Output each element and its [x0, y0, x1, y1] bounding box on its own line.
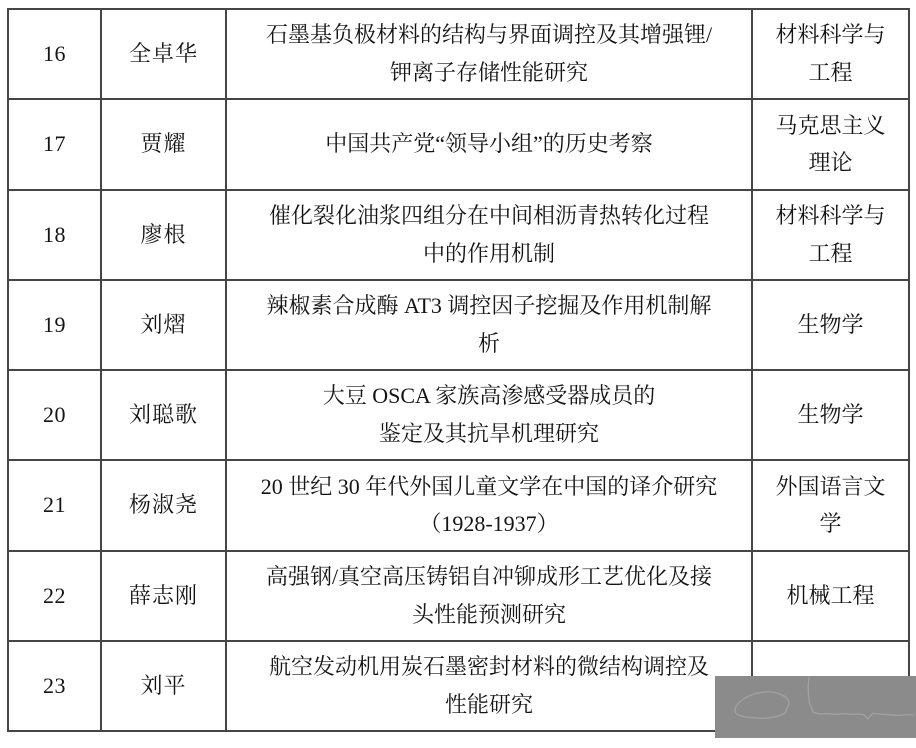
table-row: 19刘熠辣椒素合成酶 AT3 调控因子挖掘及作用机制解 析生物学 [8, 280, 909, 370]
thesis-title-cell: 高强钢/真空高压铸铝自冲铆成形工艺优化及接 头性能预测研究 [226, 551, 752, 641]
thesis-title-cell: 辣椒素合成酶 AT3 调控因子挖掘及作用机制解 析 [226, 280, 752, 370]
thesis-title-cell: 石墨基负极材料的结构与界面调控及其增强锂/ 钾离子存储性能研究 [226, 9, 752, 99]
discipline-cell: 机械工程 [752, 551, 909, 641]
table-row: 16全卓华石墨基负极材料的结构与界面调控及其增强锂/ 钾离子存储性能研究材料科学… [8, 9, 909, 99]
student-name-cell: 刘平 [101, 641, 226, 731]
student-name-cell: 杨淑尧 [101, 460, 226, 550]
table-row: 20刘聪歌大豆 OSCA 家族高渗感受器成员的 鉴定及其抗旱机理研究生物学 [8, 370, 909, 460]
row-number-cell: 16 [8, 9, 101, 99]
discipline-cell: 材料科学与 工程 [752, 9, 909, 99]
student-name-cell: 廖根 [101, 190, 226, 280]
row-number-cell: 21 [8, 460, 101, 550]
student-name-cell: 贾耀 [101, 99, 226, 189]
row-number-cell: 18 [8, 190, 101, 280]
discipline-cell: 生物学 [752, 370, 909, 460]
student-name-cell: 刘聪歌 [101, 370, 226, 460]
discipline-cell: 生物学 [752, 280, 909, 370]
table-row: 17贾耀中国共产党“领导小组”的历史考察马克思主义 理论 [8, 99, 909, 189]
row-number-cell: 23 [8, 641, 101, 731]
row-number-cell: 17 [8, 99, 101, 189]
thesis-title-cell: 20 世纪 30 年代外国儿童文学在中国的译介研究 （1928-1937） [226, 460, 752, 550]
thesis-title-cell: 航空发动机用炭石墨密封材料的微结构调控及 性能研究 [226, 641, 752, 731]
student-name-cell: 薛志刚 [101, 551, 226, 641]
thesis-title-cell: 大豆 OSCA 家族高渗感受器成员的 鉴定及其抗旱机理研究 [226, 370, 752, 460]
table-row: 22薛志刚高强钢/真空高压铸铝自冲铆成形工艺优化及接 头性能预测研究机械工程 [8, 551, 909, 641]
watermark-blob-outline [735, 692, 789, 718]
discipline-cell: 外国语言文 学 [752, 460, 909, 550]
thesis-table: 16全卓华石墨基负极材料的结构与界面调控及其增强锂/ 钾离子存储性能研究材料科学… [7, 8, 910, 732]
thesis-table-body: 16全卓华石墨基负极材料的结构与界面调控及其增强锂/ 钾离子存储性能研究材料科学… [8, 9, 909, 731]
watermark-signature-line [808, 677, 913, 719]
student-name-cell: 刘熠 [101, 280, 226, 370]
document-page: 16全卓华石墨基负极材料的结构与界面调控及其增强锂/ 钾离子存储性能研究材料科学… [0, 0, 916, 748]
thesis-title-cell: 中国共产党“领导小组”的历史考察 [226, 99, 752, 189]
discipline-cell: 材料科学与 工程 [752, 190, 909, 280]
student-name-cell: 全卓华 [101, 9, 226, 99]
row-number-cell: 20 [8, 370, 101, 460]
discipline-cell: 马克思主义 理论 [752, 99, 909, 189]
table-row: 18廖根催化裂化油浆四组分在中间相沥青热转化过程 中的作用机制材料科学与 工程 [8, 190, 909, 280]
row-number-cell: 22 [8, 551, 101, 641]
signature-watermark-overlay [715, 676, 916, 738]
row-number-cell: 19 [8, 280, 101, 370]
thesis-title-cell: 催化裂化油浆四组分在中间相沥青热转化过程 中的作用机制 [226, 190, 752, 280]
table-row: 21杨淑尧20 世纪 30 年代外国儿童文学在中国的译介研究 （1928-193… [8, 460, 909, 550]
signature-scribble-icon [715, 676, 916, 738]
